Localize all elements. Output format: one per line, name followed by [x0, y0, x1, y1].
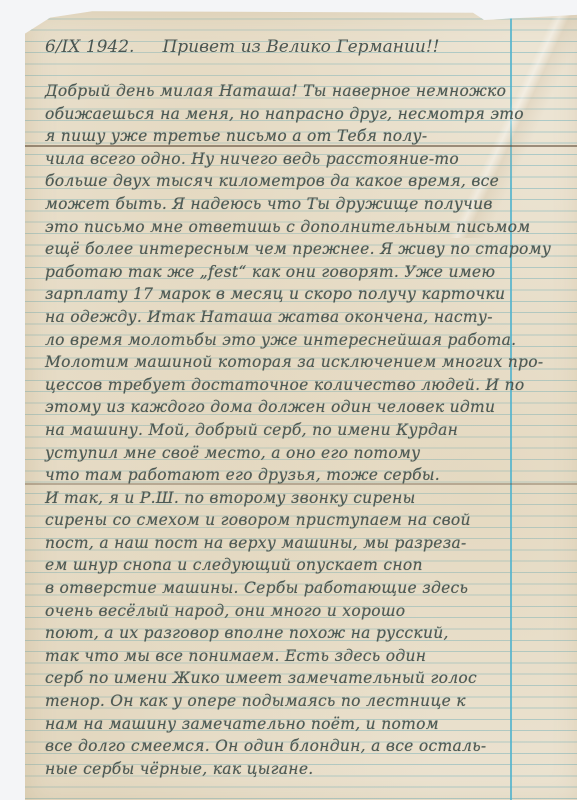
- text-line: чила всего одно. Ну ничего ведь расстоян…: [45, 148, 577, 171]
- text-line: ещё более интересным чем прежнее. Я живу…: [45, 238, 577, 261]
- text-line: зарплату 17 марок в месяц и скоро получу…: [45, 283, 577, 306]
- text-line: это письмо мне ответишь с дополнительным…: [45, 216, 577, 239]
- text-line: поют, а их разговор вполне похож на русс…: [45, 622, 577, 645]
- text-line: Добрый день милая Наташа! Ты наверное не…: [45, 80, 577, 103]
- text-line: ло время молотьбы это уже интереснейшая …: [45, 329, 577, 352]
- text-line: больше двух тысяч километров да какое вр…: [45, 170, 577, 193]
- text-line: ные сербы чёрные, как цыгане.: [45, 758, 577, 781]
- text-line: может быть. Я надеюсь что Ты дружище пол…: [45, 193, 577, 216]
- text-line: ем шнур снопа и следующий опускает сноп: [45, 554, 577, 577]
- letter-text: 6/IX 1942. Привет из Велико Германии!! Д…: [45, 32, 577, 780]
- page: 6/IX 1942. Привет из Велико Германии!! Д…: [0, 0, 577, 800]
- text-line: я пишу уже третье письмо а от Тебя полу-: [45, 125, 577, 148]
- text-line: на машину. Мой, добрый серб, по имени Ку…: [45, 419, 577, 442]
- text-line: пост, а наш пост на верху машины, мы раз…: [45, 532, 577, 555]
- text-line: И так, я и Р.Ш. по второму звонку сирены: [45, 487, 577, 510]
- text-line: Молотим машиной которая за исключением м…: [45, 351, 577, 374]
- text-line: нам на машину замечательно поёт, и потом: [45, 713, 577, 736]
- text-line: сирены со смехом и говором приступаем на…: [45, 509, 577, 532]
- letter-header: 6/IX 1942. Привет из Велико Германии!!: [45, 32, 577, 80]
- text-line: серб по имени Жико имеет замечательный г…: [45, 667, 577, 690]
- text-line: этому из каждого дома должен один челове…: [45, 396, 577, 419]
- text-line: цессов требует достаточное количество лю…: [45, 374, 577, 397]
- text-line: уступил мне своё место, а оно его потому: [45, 442, 577, 465]
- text-line: на одежду. Итак Наташа жатва окончена, н…: [45, 306, 577, 329]
- letter-date: 6/IX 1942.: [45, 32, 134, 80]
- text-line: очень весёлый народ, они много и хорошо: [45, 600, 577, 623]
- text-line: все долго смеемся. Он один блондин, а вс…: [45, 735, 577, 758]
- letter-greeting: Привет из Велико Германии!!: [162, 32, 439, 80]
- text-line: так что мы все понимаем. Есть здесь один: [45, 645, 577, 668]
- text-line: обижаешься на меня, но напрасно друг, не…: [45, 103, 577, 126]
- text-line: в отверстие машины. Сербы работающие зде…: [45, 577, 577, 600]
- text-line: работаю так же „fest“ как они говорят. У…: [45, 261, 577, 284]
- text-line: тенор. Он как у опере подымаясь по лестн…: [45, 690, 577, 713]
- letter-paper: 6/IX 1942. Привет из Велико Германии!! Д…: [25, 8, 577, 800]
- text-line: что там работают его друзья, тоже сербы.: [45, 464, 577, 487]
